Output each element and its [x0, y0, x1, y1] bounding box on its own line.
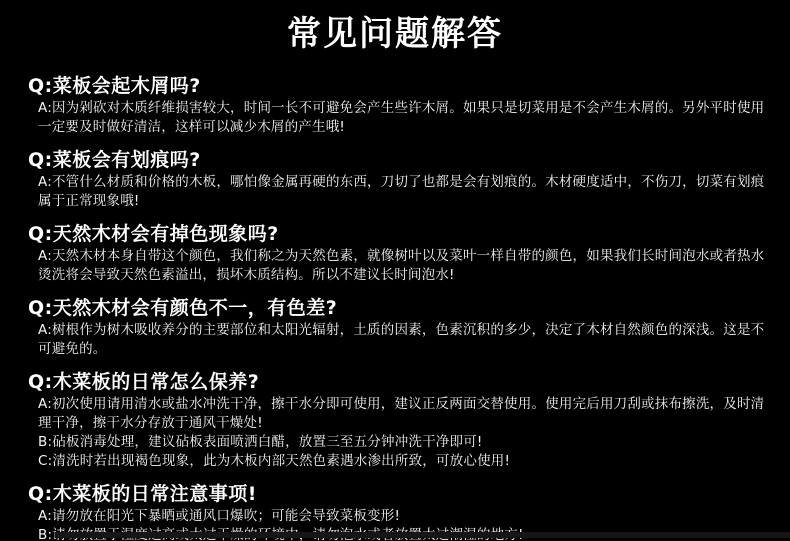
faq-answer: A:请勿放在阳光下暴晒或通风口爆吹；可能会导致菜板变形! [28, 507, 770, 526]
faq-answer: A:初次使用请用清水或盐水冲洗干净，擦干水分即可使用，建议正反两面交替使用。使用… [28, 395, 770, 433]
faq-answer: C:清洗时若出现褐色现象，此为木板内部天然色素遇水渗出所致，可放心使用! [28, 452, 770, 471]
faq-question: Q:菜板会有划痕吗? [28, 149, 770, 171]
faq-answer: B:砧板消毒处理，建议砧板表面喷洒白醋，放置三至五分钟冲洗干净即可! [28, 433, 770, 452]
faq-answer: A:因为剁砍对木质纤维损害较大，时间一长不可避免会产生些许木屑。如果只是切菜用是… [28, 99, 770, 137]
faq-answer: A:树根作为树木吸收养分的主要部位和太阳光辐射，土质的因素，色素沉积的多少，决定… [28, 321, 770, 359]
page-title: 常见问题解答 [0, 0, 790, 56]
faq-item: Q:天然木材会有掉色现象吗?A:天然木材本身自带这个颜色，我们称之为天然色素，就… [28, 223, 770, 285]
faq-item: Q:菜板会有划痕吗?A:不管什么材质和价格的木板，哪怕像金属再硬的东西，刀切了也… [28, 149, 770, 211]
faq-question: Q:木菜板的日常怎么保养? [28, 371, 770, 393]
faq-question: Q:菜板会起木屑吗? [28, 75, 770, 97]
faq-question: Q:木菜板的日常注意事项! [28, 483, 770, 505]
faq-question: Q:天然木材会有掉色现象吗? [28, 223, 770, 245]
faq-question: Q:天然木材会有颜色不一，有色差? [28, 297, 770, 319]
next-section-edge [55, 532, 790, 538]
faq-item: Q:天然木材会有颜色不一，有色差?A:树根作为树木吸收养分的主要部位和太阳光辐射… [28, 297, 770, 359]
faq-item: Q:木菜板的日常怎么保养?A:初次使用请用清水或盐水冲洗干净，擦干水分即可使用，… [28, 371, 770, 471]
faq-answer: A:天然木材本身自带这个颜色，我们称之为天然色素，就像树叶以及菜叶一样自带的颜色… [28, 247, 770, 285]
faq-item: Q:菜板会起木屑吗?A:因为剁砍对木质纤维损害较大，时间一长不可避免会产生些许木… [28, 75, 770, 137]
faq-list: Q:菜板会起木屑吗?A:因为剁砍对木质纤维损害较大，时间一长不可避免会产生些许木… [0, 75, 790, 541]
faq-answer: A:不管什么材质和价格的木板，哪怕像金属再硬的东西，刀切了也都是会有划痕的。木材… [28, 173, 770, 211]
